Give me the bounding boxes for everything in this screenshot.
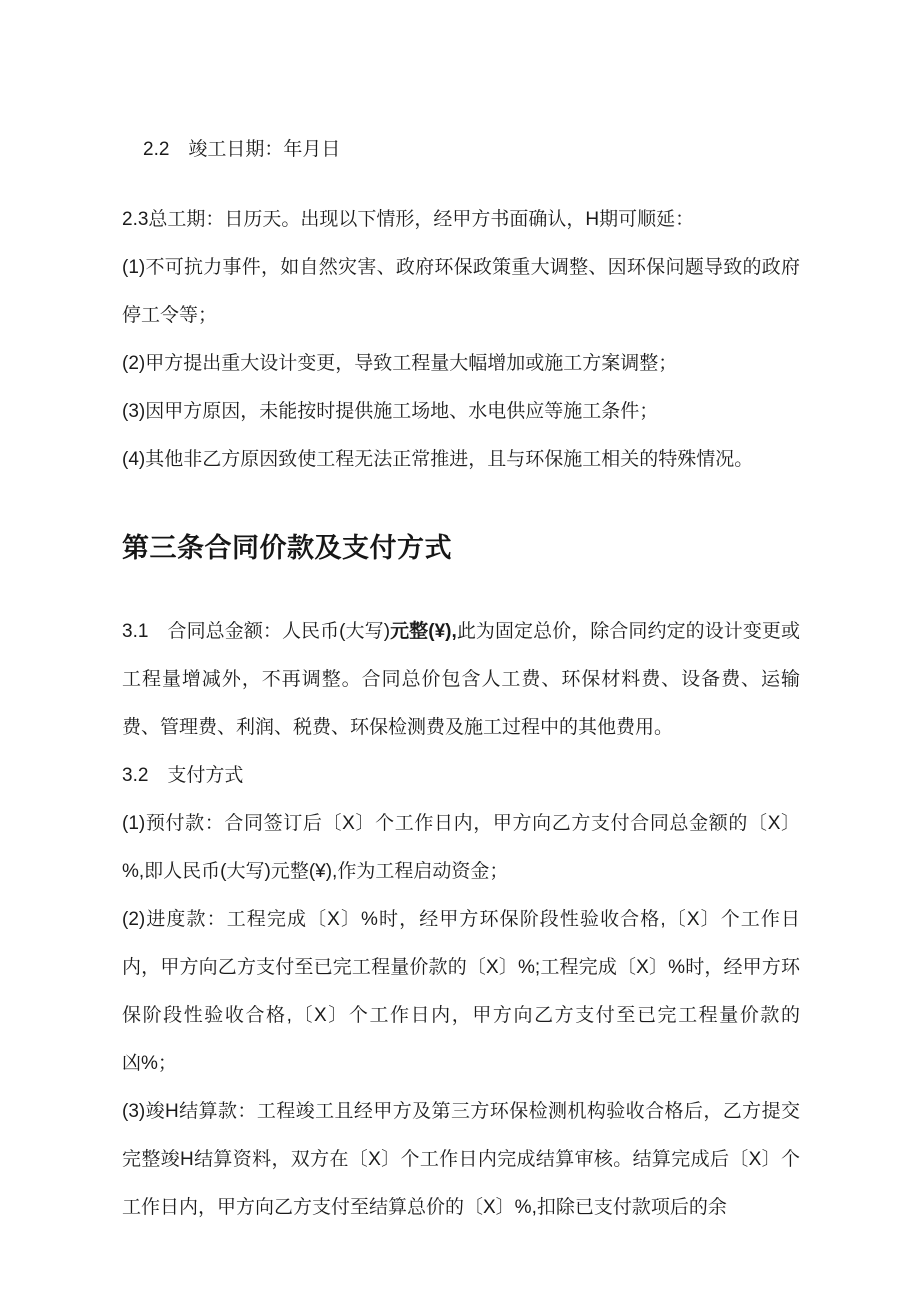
clause-3-2-payment-method: 3.2 支付方式 — [122, 752, 800, 800]
payment-term-1-advance: (1)预付款：合同签订后〔X〕个工作日内，甲方向乙方支付合同总金额的〔X〕%,即… — [122, 800, 800, 896]
clause-2-2-completion-date: 2.2 竣工日期：年月日 — [143, 126, 800, 174]
extension-condition-1: (1)不可抗力事件，如自然灾害、政府环保政策重大调整、因环保问题导致的政府停工令… — [122, 244, 800, 340]
extension-condition-2: (2)甲方提出重大设计变更，导致工程量大幅增加或施工方案调整； — [122, 340, 800, 388]
payment-term-2-progress: (2)进度款：工程完成〔X〕%时，经甲方环保阶段性验收合格,〔X〕个工作日内，甲… — [122, 896, 800, 1088]
extension-condition-3: (3)因甲方原因，未能按时提供施工场地、水电供应等施工条件； — [122, 388, 800, 436]
clause-3-1-total-amount: 3.1 合同总金额：人民币(大写)元整(¥),此为固定总价，除合同约定的设计变更… — [122, 608, 800, 752]
clause-2-3-total-duration: 2.3总工期：日历天。出现以下情形，经甲方书面确认，H期可顺延： — [122, 196, 800, 244]
article-3-heading: 第三条合同价款及支付方式 — [122, 516, 800, 580]
payment-term-3-settlement: (3)竣H结算款：工程竣工且经甲方及第三方环保检测机构验收合格后，乙方提交完整竣… — [122, 1088, 800, 1232]
clause-3-1-prefix: 3.1 合同总金额：人民币(大写) — [122, 621, 390, 642]
extension-condition-4: (4)其他非乙方原因致使工程无法正常推进，且与环保施工相关的特殊情况。 — [122, 436, 800, 484]
clause-3-1-amount-bold: 元整(¥), — [390, 621, 457, 642]
contract-document-page: 2.2 竣工日期：年月日 2.3总工期：日历天。出现以下情形，经甲方书面确认，H… — [0, 0, 920, 1312]
